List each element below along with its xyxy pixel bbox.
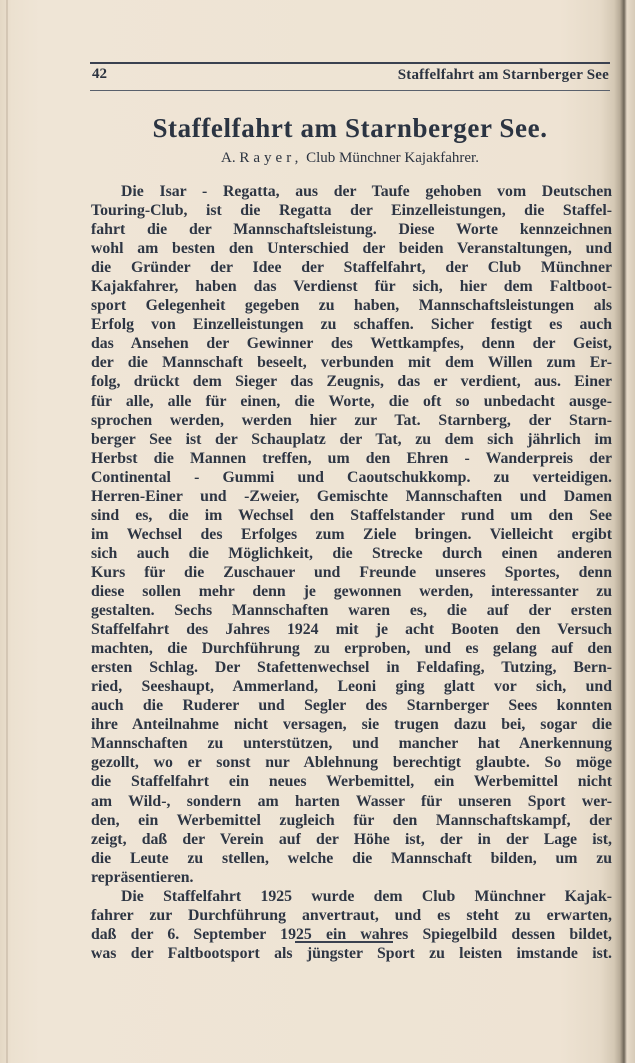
text-line: die Gründer der Idee der Staffelfahrt, d… — [91, 258, 612, 277]
text-line: Continental - Gummi und Caoutschukkomp. … — [91, 468, 612, 487]
text-line: sich auch die Möglichkeit, die Strecke d… — [91, 544, 612, 563]
text-line: diese sollen mehr denn je gewonnen werde… — [91, 582, 612, 601]
text-line: am Wild-, sondern am harten Wasser für u… — [91, 792, 612, 811]
text-line: Die Staffelfahrt 1925 wurde dem Club Mün… — [91, 887, 612, 906]
header-rule-top — [90, 62, 610, 64]
text-line: sind es, die im Wechsel den Staffelstand… — [91, 506, 612, 525]
end-rule — [295, 941, 393, 943]
text-line: die Leute zu stellen, welche die Mannsch… — [91, 849, 612, 868]
author-name: Rayer, — [239, 150, 302, 166]
text-line: machten, die Durchführung zu erproben, u… — [91, 639, 612, 658]
author-initial: A. — [221, 150, 236, 166]
text-line: ried, Seeshaupt, Ammerland, Leoni ging g… — [91, 677, 612, 696]
text-line: gezollt, wo er sonst nur Ablehnung berec… — [91, 753, 612, 772]
text-line: Herren-Einer und -Zweier, Gemischte Mann… — [91, 487, 612, 506]
text-line: folg, drückt dem Sieger das Zeugnis, das… — [91, 372, 612, 391]
text-line: fahrer zur Durchführung anvertraut, und … — [91, 906, 612, 925]
page-number: 42 — [92, 66, 107, 83]
text-line: berger See ist der Schauplatz der Tat, z… — [91, 430, 612, 449]
text-line: Touring-Club, ist die Regatta der Einzel… — [91, 201, 612, 220]
text-line: sport Gelegenheit gegeben zu haben, Mann… — [91, 296, 612, 315]
page-edge — [6, 0, 8, 1063]
text-line: fahrt die der Mannschaftsleistung. Diese… — [91, 220, 612, 239]
text-line: den, ein Werbemittel zugleich für den Ma… — [91, 811, 612, 830]
article-title: Staffelfahrt am Starnberger See. — [90, 113, 610, 144]
text-line: sprochen werden, werden hier zur Tat. St… — [91, 411, 612, 430]
author-affiliation: Club Münchner Kajakfahrer. — [306, 150, 479, 166]
text-line: gestalten. Sechs Mannschaften waren es, … — [91, 601, 612, 620]
header-rule-bottom — [90, 90, 610, 91]
text-line: die Staffelfahrt ein neues Werbemittel, … — [91, 772, 612, 791]
text-line: das Ansehen der Gewinner des Wettkampfes… — [91, 334, 612, 353]
text-line: im Wechsel des Erfolges zum Ziele bringe… — [91, 525, 612, 544]
text-line: zeigt, daß der Verein auf der Höhe ist, … — [91, 830, 612, 849]
text-line: was der Faltbootsport als jüngster Sport… — [91, 944, 612, 963]
article-body: Die Isar - Regatta, aus der Taufe gehobe… — [91, 182, 612, 963]
text-line: Herbst die Mannen treffen, um den Ehren … — [91, 449, 612, 468]
text-line: Mannschaften zu unterstützen, und manche… — [91, 734, 612, 753]
scanned-page: 42 Staffelfahrt am Starnberger See Staff… — [0, 0, 635, 1063]
text-line: Die Isar - Regatta, aus der Taufe gehobe… — [91, 182, 612, 201]
text-line: repräsentieren. — [91, 868, 612, 887]
text-line: ihre Anteilnahme nicht versagen, sie tru… — [91, 715, 612, 734]
text-line: Kurs für die Zuschauer und Freunde unser… — [91, 563, 612, 582]
text-line: auch die Ruderer und Segler des Starnber… — [91, 696, 612, 715]
author-line: A. Rayer, Club Münchner Kajakfahrer. — [90, 150, 610, 167]
text-line: ersten Schlag. Der Stafettenwechsel in F… — [91, 658, 612, 677]
text-line: Erfolg von Einzelleistungen zu schaffen.… — [91, 315, 612, 334]
text-line: Staffelfahrt des Jahres 1924 mit je acht… — [91, 620, 612, 639]
text-line: für alle, alle für einen, die Worte, die… — [91, 392, 612, 411]
text-line: der die Mannschaft beseelt, verbunden mi… — [91, 353, 612, 372]
text-line: wohl am besten den Unterschied der beide… — [91, 239, 612, 258]
text-line: Kajakfahrer, haben das Verdienst für sic… — [91, 277, 612, 296]
running-head: Staffelfahrt am Starnberger See — [398, 67, 609, 84]
